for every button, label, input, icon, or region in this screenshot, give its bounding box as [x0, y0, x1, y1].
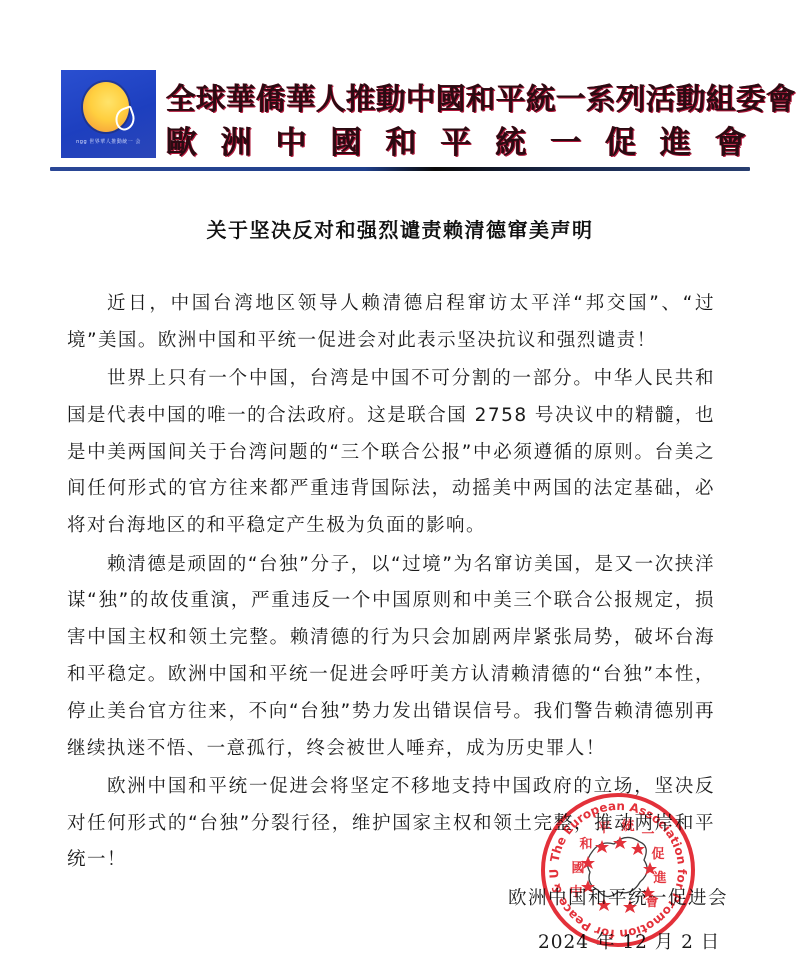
organization-logo: ngg 世界華人推動統一 会	[61, 70, 156, 158]
association-name-char: 國	[331, 117, 362, 162]
statement-title: 关于坚决反对和强烈谴责赖清德窜美声明	[0, 214, 800, 243]
association-name: 歐 洲 中 國 和 平 統 一 促 進 會	[166, 117, 746, 162]
association-name-char: 平	[440, 117, 471, 162]
paragraph: 欧洲中国和平统一促进会将坚定不移地支持中国政府的立场，坚决反对任何形式的“台独”…	[67, 769, 715, 879]
header-divider	[50, 167, 750, 171]
statement-date: 2024 年 12 月 2 日	[538, 928, 720, 954]
association-name-char: 進	[660, 117, 691, 162]
logo-caption: ngg 世界華人推動統一 会	[67, 138, 150, 145]
statement-body: 近日，中国台湾地区领导人赖清德启程窜访太平洋“邦交国”、“过境”美国。欧洲中国和…	[67, 286, 715, 881]
association-name-char: 統	[495, 117, 526, 162]
association-name-char: 一	[550, 117, 581, 162]
paragraph: 近日，中国台湾地区领导人赖清德启程窜访太平洋“邦交国”、“过境”美国。欧洲中国和…	[67, 286, 715, 360]
association-name-char: 歐	[166, 117, 197, 162]
association-name-char: 促	[605, 117, 636, 162]
association-name-char: 會	[715, 117, 746, 162]
letterhead: ngg 世界華人推動統一 会 全球華僑華人推動中國和平統一系列活動組委會 歐 洲…	[0, 0, 800, 190]
association-name-char: 中	[276, 117, 307, 162]
paragraph: 世界上只有一个中国，台湾是中国不可分割的一部分。中华人民共和国是代表中国的唯一的…	[67, 361, 715, 545]
paragraph: 赖清德是顽固的“台独”分子，以“过境”为名窜访美国，是又一次挟洋谋“独”的故伎重…	[67, 547, 715, 768]
signature-organization: 欧洲中国和平统一促进会	[508, 884, 728, 910]
association-name-char: 洲	[221, 117, 252, 162]
association-name-char: 和	[386, 117, 417, 162]
organizing-committee-name: 全球華僑華人推動中國和平統一系列活動組委會	[166, 76, 746, 118]
